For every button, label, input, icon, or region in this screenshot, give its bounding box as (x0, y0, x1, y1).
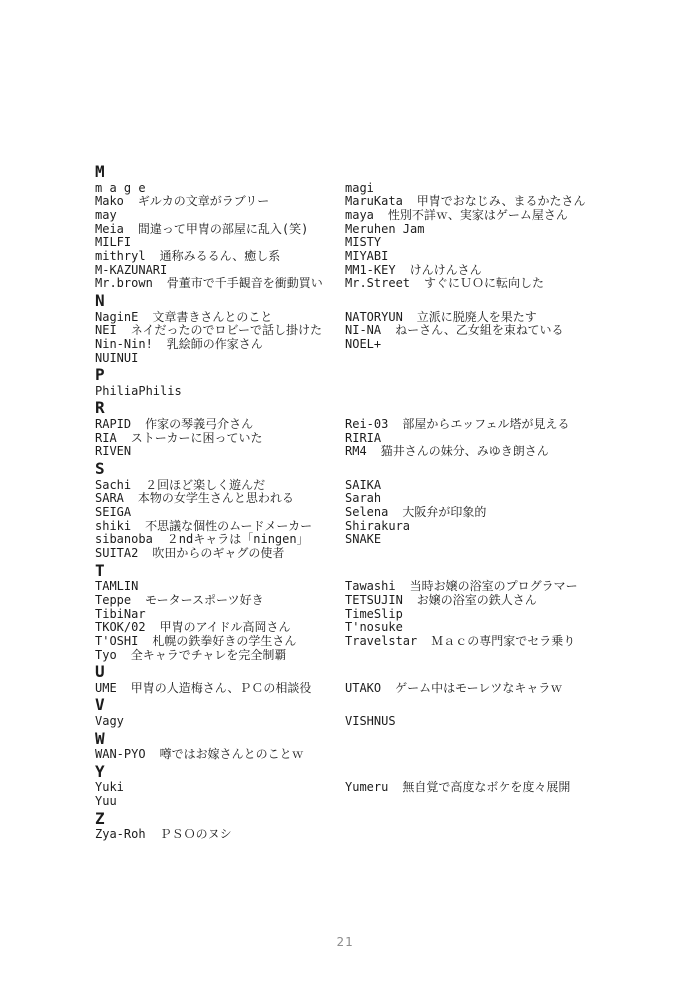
entry-description: 大阪弁が印象的 (402, 505, 486, 519)
entry-cell-left: Yuu (95, 795, 345, 809)
entry-name: Tawashi (345, 579, 396, 593)
entry-name: Shirakura (345, 519, 410, 533)
letter-heading: S (95, 459, 675, 479)
entry-row: Tyo全キャラでチャレを完全制覇 (95, 649, 675, 663)
entry-cell-left: RAPID作家の琴義弓介さん (95, 418, 345, 432)
entry-description: ２回ほど楽しく遊んだ (145, 478, 265, 492)
entry-description: 文章書きさんとのこと (152, 310, 272, 324)
entry-row: mithryl通称みるるん、癒し系MIYABI (95, 250, 675, 264)
entry-row: SUITA2吹田からのギャグの使者 (95, 547, 675, 561)
entry-cell-right: MIYABI (345, 250, 388, 264)
entry-name: TibiNar (95, 607, 146, 621)
entry-description: 立派に脱廃人を果たす (417, 310, 537, 324)
entry-description: 吹田からのギャグの使者 (152, 546, 284, 560)
entry-name: TETSUJIN (345, 593, 403, 607)
entry-description: すぐにＵＯに転向した (424, 276, 544, 290)
entry-cell-left: PhiliaPhilis (95, 385, 345, 399)
entry-row: sibanoba２ndキャラは「ningen」SNAKE (95, 533, 675, 547)
entry-name: Travelstar (345, 634, 417, 648)
entry-row: PhiliaPhilis (95, 385, 675, 399)
entry-name: MIYABI (345, 249, 388, 263)
entry-row: TKOK/02甲冑のアイドル高岡さんT'nosuke (95, 621, 675, 635)
entry-cell-left: Nin-Nin!乳絵師の作家さん (95, 338, 345, 352)
entry-cell-left: shiki不思議な個性のムードメーカー (95, 520, 345, 534)
entry-name: SUITA2 (95, 546, 138, 560)
entry-description: 猫井さんの妹分、みゆき朗さん (381, 444, 549, 458)
entry-description: 通称みるるん、癒し系 (160, 249, 281, 263)
entry-cell-left: Vagy (95, 715, 345, 729)
entry-cell-right: Yumeru無自覚で高度なボケを度々展開 (345, 781, 570, 795)
name-list: Mm a g emagiMakoギルカの文章がラブリーMaruKata甲冑でおな… (95, 162, 675, 842)
entry-description: ストーカーに困っていた (131, 431, 263, 445)
entry-cell-right: MISTY (345, 236, 381, 250)
entry-name: MaruKata (345, 194, 403, 208)
entry-row: Mr.brown骨董市で千手観音を衝動買いMr.StreetすぐにＵＯに転向した (95, 277, 675, 291)
entry-row: Yuu (95, 795, 675, 809)
entry-name: Yuki (95, 780, 124, 794)
entry-name: SARA (95, 491, 124, 505)
entry-cell-left: sibanoba２ndキャラは「ningen」 (95, 533, 345, 547)
entry-name: sibanoba (95, 532, 153, 546)
letter-heading: N (95, 291, 675, 311)
entry-description: ネイだったのでロビーで話し掛けた (131, 323, 322, 337)
entry-cell-left: mithryl通称みるるん、癒し系 (95, 250, 345, 264)
entry-description: 全キャラでチャレを完全制覇 (131, 648, 287, 662)
entry-name: Yumeru (345, 780, 388, 794)
entry-name: VISHNUS (345, 714, 396, 728)
entry-cell-right: Meruhen Jam (345, 223, 424, 237)
entry-cell-left: NEIネイだったのでロビーで話し掛けた (95, 324, 345, 338)
entry-description: 不思議な個性のムードメーカー (145, 519, 312, 533)
entry-row: Nin-Nin!乳絵師の作家さんNOEL+ (95, 338, 675, 352)
entry-description: 本物の女学生さんと思われる (138, 491, 294, 505)
entry-name: Sarah (345, 491, 381, 505)
entry-cell-right: Shirakura (345, 520, 410, 534)
entry-cell-left: Yuki (95, 781, 345, 795)
entry-name: Yuu (95, 794, 117, 808)
entry-name: Rei-03 (345, 417, 388, 431)
entry-cell-right: NI-NAねーさん、乙女組を束ねている (345, 324, 564, 338)
entry-cell-left: Makoギルカの文章がラブリー (95, 195, 345, 209)
entry-cell-right: Mr.StreetすぐにＵＯに転向した (345, 277, 544, 291)
entry-name: UTAKO (345, 681, 381, 695)
entry-description: ゲーム中はモーレツなキャラｗ (395, 681, 562, 695)
entry-row: maymaya性別不詳ｗ、実家はゲーム屋さん (95, 209, 675, 223)
entry-description: 乳絵師の作家さん (167, 337, 263, 351)
entry-name: m a g e (95, 181, 146, 195)
entry-name: NATORYUN (345, 310, 403, 324)
entry-name: Sachi (95, 478, 131, 492)
entry-name: magi (345, 181, 374, 195)
entry-description: 甲冑の人造梅さん、ＰＣの相談役 (131, 681, 312, 695)
entry-row: WAN-PYO噂ではお嫁さんとのことｗ (95, 748, 675, 762)
entry-name: SEIGA (95, 505, 131, 519)
entry-description: けんけんさん (410, 263, 482, 277)
entry-cell-right: Rei-03部屋からエッフェル塔が見える (345, 418, 570, 432)
entry-cell-right: RM4猫井さんの妹分、みゆき朗さん (345, 445, 549, 459)
entry-cell-right: NOEL+ (345, 338, 381, 352)
entry-cell-right: TETSUJINお嬢の浴室の鉄人さん (345, 594, 537, 608)
entry-cell-right: TravelstarＭａｃの専門家でセラ乗り (345, 635, 575, 649)
entry-cell-left: SEIGA (95, 506, 345, 520)
entry-name: mithryl (95, 249, 146, 263)
entry-name: NI-NA (345, 323, 381, 337)
entry-description: 噂ではお嫁さんとのことｗ (160, 747, 304, 761)
entry-name: UME (95, 681, 117, 695)
entry-name: NaginE (95, 310, 138, 324)
entry-description: 甲冑でおなじみ、まるかたさん (417, 194, 586, 208)
entry-row: UME甲冑の人造梅さん、ＰＣの相談役UTAKOゲーム中はモーレツなキャラｗ (95, 682, 675, 696)
entry-name: maya (345, 208, 374, 222)
entry-description: モータースポーツ好き (145, 593, 263, 607)
entry-cell-left: SARA本物の女学生さんと思われる (95, 492, 345, 506)
entry-row: RIVENRM4猫井さんの妹分、みゆき朗さん (95, 445, 675, 459)
entry-name: Tyo (95, 648, 117, 662)
entry-name: RIVEN (95, 444, 131, 458)
entry-name: TKOK/02 (95, 620, 146, 634)
entry-name: RIA (95, 431, 117, 445)
entry-row: TAMLINTawashi当時お嬢の浴室のプログラマー (95, 580, 675, 594)
entry-cell-right: TimeSlip (345, 608, 403, 622)
entry-row: Meia間違って甲冑の部屋に乱入(笑)Meruhen Jam (95, 223, 675, 237)
entry-cell-right: UTAKOゲーム中はモーレツなキャラｗ (345, 682, 562, 696)
entry-description: ねーさん、乙女組を束ねている (395, 323, 563, 337)
entry-cell-right: maya性別不詳ｗ、実家はゲーム屋さん (345, 209, 568, 223)
entry-name: Meia (95, 222, 124, 236)
entry-description: ＰＳＯのヌシ (160, 827, 232, 841)
letter-heading: W (95, 729, 675, 749)
entry-row: Zya-RohＰＳＯのヌシ (95, 828, 675, 842)
entry-name: RM4 (345, 444, 367, 458)
entry-cell-left: TKOK/02甲冑のアイドル高岡さん (95, 621, 345, 635)
entry-name: may (95, 208, 117, 222)
entry-row: Teppeモータースポーツ好きTETSUJINお嬢の浴室の鉄人さん (95, 594, 675, 608)
entry-name: Meruhen Jam (345, 222, 424, 236)
entry-cell-right: Sarah (345, 492, 381, 506)
entry-description: 部屋からエッフェル塔が見える (402, 417, 569, 431)
entry-row: shiki不思議な個性のムードメーカーShirakura (95, 520, 675, 534)
entry-name: WAN-PYO (95, 747, 146, 761)
letter-heading: Z (95, 809, 675, 829)
entry-description: 甲冑のアイドル高岡さん (160, 620, 291, 634)
entry-description: Ｍａｃの専門家でセラ乗り (431, 634, 575, 648)
entry-description: 当時お嬢の浴室のプログラマー (410, 579, 578, 593)
entry-name: Mr.Street (345, 276, 410, 290)
entry-name: T'OSHI (95, 634, 138, 648)
entry-description: 性別不詳ｗ、実家はゲーム屋さん (388, 208, 568, 222)
entry-row: VagyVISHNUS (95, 715, 675, 729)
entry-row: RAPID作家の琴義弓介さんRei-03部屋からエッフェル塔が見える (95, 418, 675, 432)
entry-name: Mako (95, 194, 124, 208)
letter-heading: Y (95, 762, 675, 782)
entry-name: Selena (345, 505, 388, 519)
entry-description: 札幌の鉄拳好きの学生さん (152, 634, 296, 648)
entry-cell-left: RIVEN (95, 445, 345, 459)
entry-row: SARA本物の女学生さんと思われるSarah (95, 492, 675, 506)
entry-description: 無自覚で高度なボケを度々展開 (402, 780, 570, 794)
letter-heading: P (95, 365, 675, 385)
entry-name: TAMLIN (95, 579, 138, 593)
letter-heading: R (95, 398, 675, 418)
entry-cell-left: may (95, 209, 345, 223)
entry-description: 作家の琴義弓介さん (145, 417, 253, 431)
entry-cell-left: Teppeモータースポーツ好き (95, 594, 345, 608)
entry-name: M-KAZUNARI (95, 263, 167, 277)
entry-name: Mr.brown (95, 276, 153, 290)
entry-name: MISTY (345, 235, 381, 249)
entry-description: 間違って甲冑の部屋に乱入(笑) (138, 222, 308, 236)
entry-cell-left: UME甲冑の人造梅さん、ＰＣの相談役 (95, 682, 345, 696)
entry-cell-right: VISHNUS (345, 715, 396, 729)
entry-name: SNAKE (345, 532, 381, 546)
entry-row: NEIネイだったのでロビーで話し掛けたNI-NAねーさん、乙女組を束ねている (95, 324, 675, 338)
entry-name: SAIKA (345, 478, 381, 492)
entry-row: Makoギルカの文章がラブリーMaruKata甲冑でおなじみ、まるかたさん (95, 195, 675, 209)
entry-row: NUINUI (95, 352, 675, 366)
entry-description: お嬢の浴室の鉄人さん (417, 593, 537, 607)
entry-row: SEIGASelena大阪弁が印象的 (95, 506, 675, 520)
entry-row: YukiYumeru無自覚で高度なボケを度々展開 (95, 781, 675, 795)
entry-description: ２ndキャラは「ningen」 (167, 532, 309, 546)
entry-name: shiki (95, 519, 131, 533)
entry-name: RIRIA (345, 431, 381, 445)
entry-cell-left: MILFI (95, 236, 345, 250)
entry-cell-left: TAMLIN (95, 580, 345, 594)
page-number: 21 (0, 934, 690, 949)
entry-cell-left: WAN-PYO噂ではお嫁さんとのことｗ (95, 748, 345, 762)
entry-cell-left: NUINUI (95, 352, 345, 366)
entry-name: Teppe (95, 593, 131, 607)
entry-name: Vagy (95, 714, 124, 728)
entry-name: RAPID (95, 417, 131, 431)
entry-cell-left: Tyo全キャラでチャレを完全制覇 (95, 649, 345, 663)
entry-cell-right: SAIKA (345, 479, 381, 493)
entry-cell-right: Selena大阪弁が印象的 (345, 506, 486, 520)
entry-cell-left: T'OSHI札幌の鉄拳好きの学生さん (95, 635, 345, 649)
entry-cell-right: Tawashi当時お嬢の浴室のプログラマー (345, 580, 578, 594)
entry-name: MILFI (95, 235, 131, 249)
letter-heading: U (95, 662, 675, 682)
entry-name: MM1-KEY (345, 263, 396, 277)
entry-cell-left: Zya-RohＰＳＯのヌシ (95, 828, 345, 842)
entry-cell-right: SNAKE (345, 533, 381, 547)
entry-name: Nin-Nin! (95, 337, 153, 351)
entry-row: T'OSHI札幌の鉄拳好きの学生さんTravelstarＭａｃの専門家でセラ乗り (95, 635, 675, 649)
entry-name: T'nosuke (345, 620, 403, 634)
entry-cell-left: Mr.brown骨董市で千手観音を衝動買い (95, 277, 345, 291)
entry-name: NEI (95, 323, 117, 337)
entry-name: PhiliaPhilis (95, 384, 182, 398)
entry-name: NOEL+ (345, 337, 381, 351)
entry-name: NUINUI (95, 351, 138, 365)
letter-heading: T (95, 561, 675, 581)
entry-description: 骨董市で千手観音を衝動買い (167, 276, 323, 290)
entry-name: Zya-Roh (95, 827, 146, 841)
entry-cell-right: T'nosuke (345, 621, 403, 635)
entry-cell-right: MaruKata甲冑でおなじみ、まるかたさん (345, 195, 586, 209)
entry-cell-left: SUITA2吹田からのギャグの使者 (95, 547, 345, 561)
entry-row: MILFIMISTY (95, 236, 675, 250)
entry-description: ギルカの文章がラブリー (138, 194, 269, 208)
scanned-credits-page: Mm a g emagiMakoギルカの文章がラブリーMaruKata甲冑でおな… (0, 0, 690, 1001)
letter-heading: M (95, 162, 675, 182)
entry-name: TimeSlip (345, 607, 403, 621)
letter-heading: V (95, 695, 675, 715)
entry-cell-left: RIAストーカーに困っていた (95, 432, 345, 446)
entry-cell-left: Meia間違って甲冑の部屋に乱入(笑) (95, 223, 345, 237)
